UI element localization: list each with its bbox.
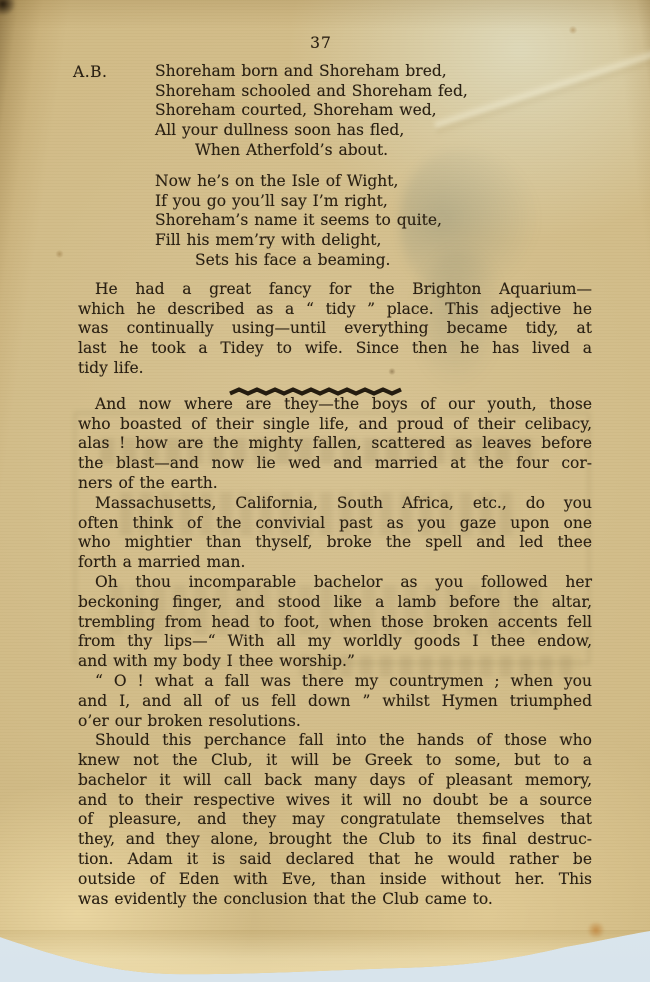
text-line: which he described as a “ tidy ” place. … xyxy=(78,300,592,320)
page-curl-highlight xyxy=(0,930,650,982)
poem-line: Sets his face a beaming. xyxy=(195,251,592,271)
poem-line: When Atherfold’s about. xyxy=(195,141,592,161)
text-line: of pleasure, and they may congratulate t… xyxy=(78,810,592,830)
paragraph-4: Oh thou incomparable bachelor as you fol… xyxy=(78,573,592,672)
text-line: Massachusetts, California, South Africa,… xyxy=(78,494,592,514)
text-line: and to their respective wives it will no… xyxy=(78,791,592,811)
text-line: and I, and all of us fell down ” whilst … xyxy=(78,692,592,712)
page-number: 37 xyxy=(64,34,578,54)
text-line: trembling from head to foot, when those … xyxy=(78,613,592,633)
text-line: ners of the earth. xyxy=(78,474,592,494)
text-line: beckoning finger, and stood like a lamb … xyxy=(78,593,592,613)
text-line: “ O ! what a fall was there my countryme… xyxy=(78,672,592,692)
text-line: often think of the convivial past as you… xyxy=(78,514,592,534)
rust-stain xyxy=(586,922,606,938)
text-line: and with my body I thee worship.” xyxy=(78,652,592,672)
poem-line: Shoreham courted, Shoreham wed, xyxy=(155,101,592,121)
poem-line: Shoreham’s name it seems to quite, xyxy=(155,211,592,231)
text-line: forth a married man. xyxy=(78,553,592,573)
text-line: from thy lips—“ With all my worldly good… xyxy=(78,632,592,652)
page-content: 37 A.B. Shoreham born and Shoreham bred,… xyxy=(78,0,592,909)
text-line: was continually using—until everything b… xyxy=(78,319,592,339)
corner-dark-spot xyxy=(0,0,16,16)
text-line: tidy life. xyxy=(78,359,592,379)
poem-line: If you go you’ll say I’m right, xyxy=(155,192,592,212)
paragraph-5: “ O ! what a fall was there my countryme… xyxy=(78,672,592,731)
poem-line: All your dullness soon has fled, xyxy=(155,121,592,141)
text-line: And now where are they—the boys of our y… xyxy=(78,395,592,415)
paragraph-3: Massachusetts, California, South Africa,… xyxy=(78,494,592,573)
text-line: last he took a Tidey to wife. Since then… xyxy=(78,339,592,359)
text-line: knew not the Club, it will be Greek to s… xyxy=(78,751,592,771)
paragraph-6: Should this perchance fall into the hand… xyxy=(78,731,592,909)
poem-line: Fill his mem’ry with delight, xyxy=(155,231,592,251)
text-line: who boasted of their single life, and pr… xyxy=(78,415,592,435)
text-line: alas ! how are the mighty fallen, scatte… xyxy=(78,434,592,454)
attribution-initials: A.B. xyxy=(73,63,107,83)
text-line: was evidently the conclusion that the Cl… xyxy=(78,890,592,910)
poem-stanza-1: Shoreham born and Shoreham bred, Shoreha… xyxy=(155,62,592,161)
poem-stanza-2: Now he’s on the Isle of Wight, If you go… xyxy=(155,172,592,271)
poem-line: Shoreham born and Shoreham bred, xyxy=(155,62,592,82)
text-line: they, and they alone, brought the Club t… xyxy=(78,830,592,850)
poem-line: Shoreham schooled and Shoreham fed, xyxy=(155,82,592,102)
text-line: Should this perchance fall into the hand… xyxy=(78,731,592,751)
text-line: outside of Eden with Eve, than inside wi… xyxy=(78,870,592,890)
wavy-divider xyxy=(228,382,404,391)
foxing-spot xyxy=(55,250,64,258)
book-page: 37 A.B. Shoreham born and Shoreham bred,… xyxy=(0,0,650,982)
text-line: tion. Adam it is said declared that he w… xyxy=(78,850,592,870)
text-line: the blast—and now lie wed and married at… xyxy=(78,454,592,474)
poem-line: Now he’s on the Isle of Wight, xyxy=(155,172,592,192)
text-line: who mightier than thyself, broke the spe… xyxy=(78,533,592,553)
text-line: Oh thou incomparable bachelor as you fol… xyxy=(78,573,592,593)
scanned-book-page-screenshot: { "colors": { "paper": "#d2bd8c", "ink":… xyxy=(0,0,650,982)
text-line: He had a great fancy for the Brighton Aq… xyxy=(78,280,592,300)
paragraph-2: And now where are they—the boys of our y… xyxy=(78,395,592,494)
text-line: bachelor it will call back many days of … xyxy=(78,771,592,791)
paragraph-1: He had a great fancy for the Brighton Aq… xyxy=(78,280,592,379)
poem: Shoreham born and Shoreham bred, Shoreha… xyxy=(155,62,592,271)
text-line: o’er our broken resolutions. xyxy=(78,712,592,732)
